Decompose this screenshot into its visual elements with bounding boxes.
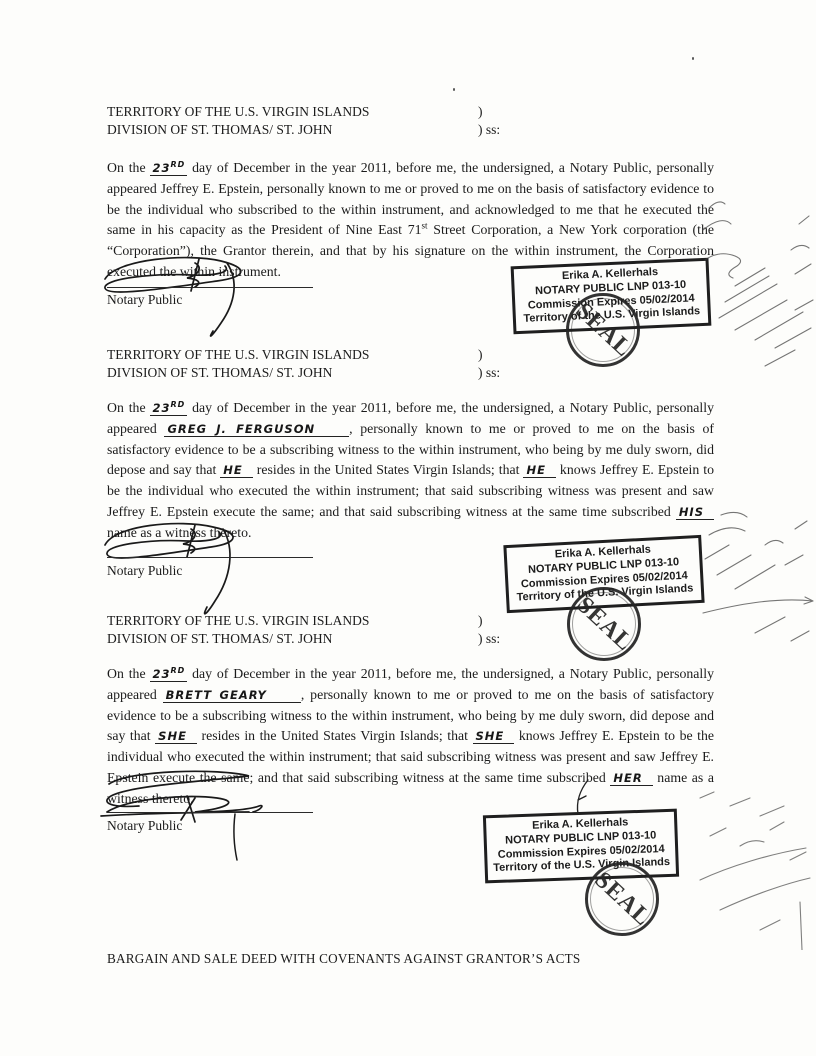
day-ordinal: RD <box>170 400 185 409</box>
paren-mark: ) <box>478 103 483 121</box>
venue-territory-line: TERRITORY OF THE U.S. VIRGIN ISLANDS ) <box>107 346 587 364</box>
venue-division-line: DIVISION OF ST. THOMAS/ ST. JOHN ) ss: <box>107 121 587 139</box>
territory-text: TERRITORY OF THE U.S. VIRGIN ISLANDS <box>107 104 369 119</box>
day-number: 23 <box>152 667 170 681</box>
signature-line <box>107 287 313 288</box>
handwritten-day: 23RD <box>150 161 187 176</box>
paren-mark: ) <box>478 612 483 630</box>
document-title-footer: BARGAIN AND SALE DEED WITH COVENANTS AGA… <box>107 951 580 967</box>
ack3-body-3: resides in the United States Virgin Isla… <box>197 728 473 743</box>
dust-speck <box>692 57 694 60</box>
ack1-pre-day: On the <box>107 160 150 175</box>
day-ordinal: RD <box>170 666 185 675</box>
handwritten-possessive: HIS <box>676 505 714 520</box>
seal-stamp-3: SEAL <box>585 862 659 936</box>
scanned-deed-notary-page: TERRITORY OF THE U.S. VIRGIN ISLANDS ) D… <box>0 0 816 1056</box>
venue-division-line: DIVISION OF ST. THOMAS/ ST. JOHN ) ss: <box>107 364 587 382</box>
handwritten-day: 23RD <box>150 667 187 682</box>
territory-text: TERRITORY OF THE U.S. VIRGIN ISLANDS <box>107 347 369 362</box>
ack2-pre-day: On the <box>107 400 150 415</box>
notary-public-label: Notary Public <box>107 818 182 834</box>
ss-mark: ) ss: <box>478 630 500 648</box>
seal-text: SEAL <box>588 866 655 931</box>
handwritten-possessive: HER <box>610 771 652 786</box>
signature-line <box>107 557 313 558</box>
notary-stamp-3: Erika A. Kellerhals NOTARY PUBLIC LNP 01… <box>483 809 679 884</box>
ack2-body-3: resides in the United States Virgin Isla… <box>253 462 524 477</box>
signature-block-3: Notary Public <box>107 772 347 852</box>
signature-block-1: Notary Public <box>107 255 347 335</box>
pen-stroke <box>225 812 245 862</box>
territory-text: TERRITORY OF THE U.S. VIRGIN ISLANDS <box>107 613 369 628</box>
signature-block-2: Notary Public <box>107 527 347 607</box>
dust-speck <box>430 737 432 740</box>
day-number: 23 <box>152 401 170 415</box>
handwritten-witness-name: BRETT GEARY <box>163 688 301 703</box>
ss-mark: ) ss: <box>478 364 500 382</box>
division-text: DIVISION OF ST. THOMAS/ ST. JOHN <box>107 122 332 137</box>
venue-territory-line: TERRITORY OF THE U.S. VIRGIN ISLANDS ) <box>107 612 587 630</box>
venue-header-2: TERRITORY OF THE U.S. VIRGIN ISLANDS ) D… <box>107 346 587 381</box>
handwritten-pronoun: SHE <box>155 729 197 744</box>
handwritten-pronoun: HE <box>220 463 252 478</box>
signature-line <box>107 812 313 813</box>
handwritten-pronoun: HE <box>523 463 555 478</box>
ss-mark: ) ss: <box>478 121 500 139</box>
venue-territory-line: TERRITORY OF THE U.S. VIRGIN ISLANDS ) <box>107 103 587 121</box>
handwritten-day: 23RD <box>150 401 187 416</box>
acknowledgment-paragraph-ferguson: On the 23RD day of December in the year … <box>107 398 714 544</box>
dust-speck <box>453 88 455 91</box>
ack3-pre-day: On the <box>107 666 150 681</box>
day-number: 23 <box>152 161 170 175</box>
venue-header-1: TERRITORY OF THE U.S. VIRGIN ISLANDS ) D… <box>107 103 587 138</box>
notary-public-label: Notary Public <box>107 563 182 579</box>
division-text: DIVISION OF ST. THOMAS/ ST. JOHN <box>107 631 332 646</box>
venue-division-line: DIVISION OF ST. THOMAS/ ST. JOHN ) ss: <box>107 630 587 648</box>
division-text: DIVISION OF ST. THOMAS/ ST. JOHN <box>107 365 332 380</box>
venue-header-3: TERRITORY OF THE U.S. VIRGIN ISLANDS ) D… <box>107 612 587 647</box>
handwritten-witness-name: GREG J. FERGUSON <box>164 422 349 437</box>
day-ordinal: RD <box>170 160 185 169</box>
handwritten-pronoun: SHE <box>473 729 515 744</box>
paren-mark: ) <box>478 346 483 364</box>
notary-public-label: Notary Public <box>107 292 182 308</box>
